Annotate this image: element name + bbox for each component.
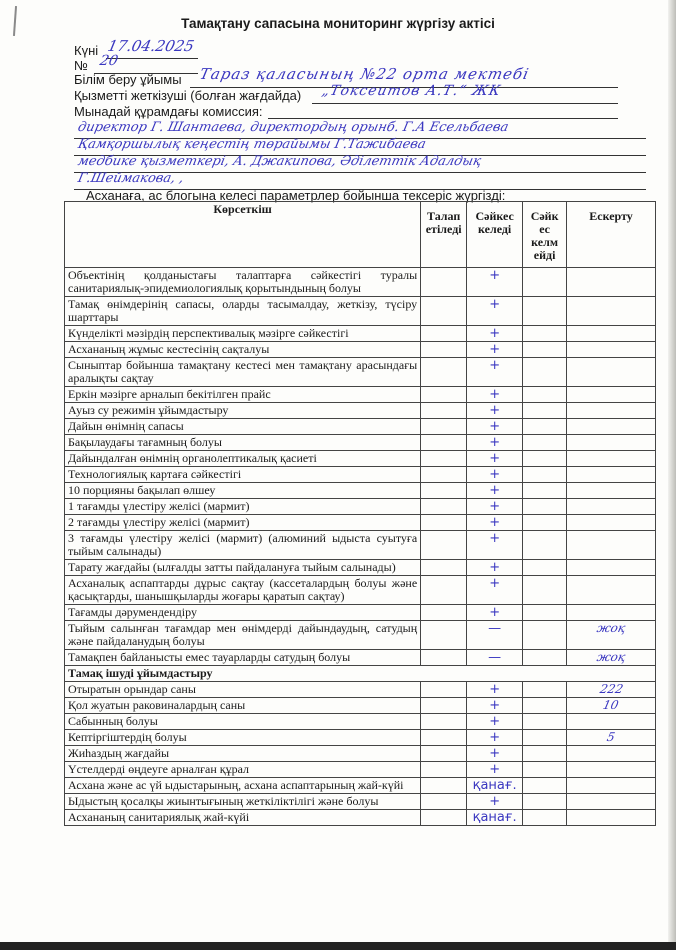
required-cell (421, 467, 467, 483)
handwritten-mark: қанағ. (473, 778, 517, 793)
required-cell (421, 682, 467, 698)
noncompliant-cell (523, 451, 567, 467)
org-value: Тараз қаласының №22 орта мектебі (198, 65, 531, 83)
compliant-cell: + (467, 297, 523, 326)
required-cell (421, 297, 467, 326)
handwritten-mark: + (489, 730, 500, 745)
number-value: 20 (98, 53, 119, 69)
note-cell (567, 794, 656, 810)
table-row: Отыратын орындар саны+222 (65, 682, 656, 698)
note-cell (567, 810, 656, 826)
noncompliant-cell (523, 730, 567, 746)
note-cell: 10 (567, 698, 656, 714)
required-cell (421, 714, 467, 730)
indicator-cell: Асханалық аспаптарды дұрыс сақтау (кассе… (65, 576, 421, 605)
required-cell (421, 483, 467, 499)
indicator-cell: Қол жуатын раковиналардың саны (65, 698, 421, 714)
number-label: № (74, 58, 88, 73)
required-cell (421, 762, 467, 778)
note-cell: жоқ (567, 621, 656, 650)
commission-underline-0 (268, 118, 618, 119)
compliant-cell: + (467, 435, 523, 451)
header-indicator: Көрсеткіш (65, 202, 421, 268)
table-row: Тамақпен байланысты емес тауарларды сату… (65, 650, 656, 666)
compliant-cell: + (467, 387, 523, 403)
indicator-cell: Ыдыстың қосалқы жиынтығының жеткіліктілі… (65, 794, 421, 810)
noncompliant-cell (523, 621, 567, 650)
table-row: Жиһаздың жағдайы+ (65, 746, 656, 762)
table-row: Қол жуатын раковиналардың саны+10 (65, 698, 656, 714)
note-cell (567, 560, 656, 576)
indicator-cell: Сабынның болуы (65, 714, 421, 730)
compliant-cell: + (467, 419, 523, 435)
required-cell (421, 576, 467, 605)
table-row: 2 тағамды үлестіру желісі (мармит)+ (65, 515, 656, 531)
handwritten-mark: + (489, 419, 500, 434)
table-row: Еркін мәзірге арналып бекітілген прайс+ (65, 387, 656, 403)
noncompliant-cell (523, 778, 567, 794)
note-cell (567, 483, 656, 499)
handwritten-mark: + (489, 342, 500, 357)
handwritten-mark: + (489, 515, 500, 530)
required-cell (421, 435, 467, 451)
compliant-cell: — (467, 621, 523, 650)
table-row: Ыдыстың қосалқы жиынтығының жеткіліктілі… (65, 794, 656, 810)
note-cell (567, 326, 656, 342)
handwritten-mark: + (489, 714, 500, 729)
noncompliant-cell (523, 342, 567, 358)
note-cell: 5 (567, 730, 656, 746)
indicator-cell: 1 тағамды үлестіру желісі (мармит) (65, 499, 421, 515)
compliant-cell: + (467, 515, 523, 531)
noncompliant-cell (523, 467, 567, 483)
header-noncompliant: Сәйк ес келм ейді (523, 202, 567, 268)
compliant-cell: қанағ. (467, 810, 523, 826)
table-row: Асхана және ас үй ыдыстарының, асхана ас… (65, 778, 656, 794)
noncompliant-cell (523, 297, 567, 326)
indicator-cell: Асхананың санитариялық жай-күйі (65, 810, 421, 826)
noncompliant-cell (523, 531, 567, 560)
handwritten-mark: + (489, 483, 500, 498)
noncompliant-cell (523, 326, 567, 342)
compliant-cell: + (467, 762, 523, 778)
noncompliant-cell (523, 714, 567, 730)
noncompliant-cell (523, 576, 567, 605)
noncompliant-cell (523, 499, 567, 515)
handwritten-mark: + (489, 467, 500, 482)
note-cell (567, 515, 656, 531)
table-row: Дайын өнімнің сапасы+ (65, 419, 656, 435)
header-required: Талап етіледі (421, 202, 467, 268)
compliant-cell: + (467, 403, 523, 419)
required-cell (421, 387, 467, 403)
handwritten-mark: + (489, 531, 500, 546)
commission-line-2: Қамқоршылық кеңестің төрайымы Г.Тажибаев… (76, 137, 427, 152)
required-cell (421, 326, 467, 342)
document-title: Тамақтану сапасына мониторинг жүргізу ак… (0, 16, 676, 31)
compliant-cell: — (467, 650, 523, 666)
noncompliant-cell (523, 650, 567, 666)
table-row: Дайындалған өнімнің органолептикалық қас… (65, 451, 656, 467)
noncompliant-cell (523, 268, 567, 297)
table-row: Технологиялық картаға сәйкестігі+ (65, 467, 656, 483)
table-row: Тамақ өнімдерінің сапасы, оларды тасымал… (65, 297, 656, 326)
noncompliant-cell (523, 435, 567, 451)
handwritten-mark: + (489, 698, 500, 713)
handwritten-mark: + (489, 682, 500, 697)
note-cell (567, 778, 656, 794)
required-cell (421, 605, 467, 621)
indicator-cell: Кептіргіштердің болуы (65, 730, 421, 746)
noncompliant-cell (523, 515, 567, 531)
handwritten-note: жоқ (596, 622, 627, 635)
required-cell (421, 778, 467, 794)
note-cell (567, 714, 656, 730)
note-cell (567, 531, 656, 560)
note-cell (567, 419, 656, 435)
date-underline (106, 58, 198, 59)
section-title: Тамақ ішуді ұйымдастыру (65, 666, 656, 682)
noncompliant-cell (523, 698, 567, 714)
note-cell (567, 342, 656, 358)
note-cell: 222 (567, 682, 656, 698)
compliant-cell: + (467, 714, 523, 730)
handwritten-mark: + (489, 762, 500, 777)
noncompliant-cell (523, 810, 567, 826)
indicator-cell: Объектінің қолданыстағы талаптарға сәйке… (65, 268, 421, 297)
indicator-cell: Тағамды дәрумендендіру (65, 605, 421, 621)
required-cell (421, 698, 467, 714)
required-cell (421, 730, 467, 746)
commission-label: Мынадай құрамдағы комиссия: (74, 104, 263, 119)
noncompliant-cell (523, 419, 567, 435)
note-cell (567, 576, 656, 605)
compliant-cell: + (467, 605, 523, 621)
required-cell (421, 621, 467, 650)
table-row: Күнделікті мәзірдің перспективалық мәзір… (65, 326, 656, 342)
compliant-cell: + (467, 451, 523, 467)
note-cell (567, 435, 656, 451)
required-cell (421, 746, 467, 762)
note-cell (567, 387, 656, 403)
commission-line-4: Г.Шеймакова, , (76, 171, 185, 186)
noncompliant-cell (523, 387, 567, 403)
handwritten-mark: + (489, 268, 500, 283)
table-section-row: Тамақ ішуді ұйымдастыру (65, 666, 656, 682)
table-row: Тағамды дәрумендендіру+ (65, 605, 656, 621)
compliant-cell: + (467, 560, 523, 576)
compliant-cell: + (467, 268, 523, 297)
table-row: Ауыз су режимін ұйымдастыру+ (65, 403, 656, 419)
handwritten-note: 10 (602, 699, 620, 712)
noncompliant-cell (523, 605, 567, 621)
indicator-cell: Отыратын орындар саны (65, 682, 421, 698)
compliant-cell: + (467, 682, 523, 698)
compliant-cell: + (467, 746, 523, 762)
note-cell (567, 605, 656, 621)
indicator-cell: Бақылаудағы тағамның болуы (65, 435, 421, 451)
indicator-cell: Тамақ өнімдерінің сапасы, оларды тасымал… (65, 297, 421, 326)
noncompliant-cell (523, 762, 567, 778)
note-cell (567, 358, 656, 387)
compliant-cell: + (467, 326, 523, 342)
compliant-cell: қанағ. (467, 778, 523, 794)
table-row: Үстелдерді өңдеуге арналған құрал+ (65, 762, 656, 778)
noncompliant-cell (523, 794, 567, 810)
handwritten-mark: + (489, 605, 500, 620)
header-note: Ескерту (567, 202, 656, 268)
handwritten-mark: — (488, 650, 501, 665)
table-header-row: Көрсеткіш Талап етіледі Сәйкес келеді Сә… (65, 202, 656, 268)
required-cell (421, 810, 467, 826)
indicator-cell: Технологиялық картаға сәйкестігі (65, 467, 421, 483)
handwritten-note: 5 (606, 731, 616, 744)
compliant-cell: + (467, 794, 523, 810)
handwritten-mark: қанағ. (473, 810, 517, 825)
inspection-table: Көрсеткіш Талап етіледі Сәйкес келеді Сә… (64, 201, 656, 826)
compliant-cell: + (467, 698, 523, 714)
table-row: Сабынның болуы+ (65, 714, 656, 730)
commission-line-1: директор Г. Шантаева, директордың орынб.… (76, 120, 509, 135)
table-row: Кептіргіштердің болуы+5 (65, 730, 656, 746)
handwritten-mark: + (489, 499, 500, 514)
handwritten-mark: + (489, 746, 500, 761)
compliant-cell: + (467, 483, 523, 499)
indicator-cell: Тамақпен байланысты емес тауарларды сату… (65, 650, 421, 666)
table-row: 10 порцияны бақылап өлшеу+ (65, 483, 656, 499)
handwritten-mark: — (488, 621, 501, 636)
table-row: Бақылаудағы тағамның болуы+ (65, 435, 656, 451)
handwritten-mark: + (489, 560, 500, 575)
indicator-cell: Еркін мәзірге арналып бекітілген прайс (65, 387, 421, 403)
handwritten-mark: + (489, 435, 500, 450)
table-row: 1 тағамды үлестіру желісі (мармит)+ (65, 499, 656, 515)
indicator-cell: Күнделікті мәзірдің перспективалық мәзір… (65, 326, 421, 342)
table-row: Асхананың санитариялық жай-күйіқанағ. (65, 810, 656, 826)
header-compliant: Сәйкес келеді (467, 202, 523, 268)
indicator-cell: Асхана және ас үй ыдыстарының, асхана ас… (65, 778, 421, 794)
noncompliant-cell (523, 483, 567, 499)
note-cell (567, 297, 656, 326)
table-row: Тыйым салынған тағамдар мен өнімдерді да… (65, 621, 656, 650)
noncompliant-cell (523, 403, 567, 419)
scan-bottom-edge (0, 942, 676, 950)
handwritten-note: жоқ (596, 651, 627, 664)
required-cell (421, 358, 467, 387)
handwritten-mark: + (489, 794, 500, 809)
indicator-cell: Сыныптар бойынша тамақтану кестесі мен т… (65, 358, 421, 387)
compliant-cell: + (467, 730, 523, 746)
page-edge-shadow (668, 0, 676, 950)
noncompliant-cell (523, 358, 567, 387)
handwritten-mark: + (489, 387, 500, 402)
required-cell (421, 560, 467, 576)
indicator-cell: 3 тағамды үлестіру желісі (мармит) (алюм… (65, 531, 421, 560)
table-row: Асханалық аспаптарды дұрыс сақтау (кассе… (65, 576, 656, 605)
note-cell (567, 499, 656, 515)
date-label: Күні (74, 43, 98, 58)
compliant-cell: + (467, 499, 523, 515)
required-cell (421, 419, 467, 435)
required-cell (421, 499, 467, 515)
note-cell (567, 451, 656, 467)
required-cell (421, 342, 467, 358)
note-cell (567, 762, 656, 778)
handwritten-note: 222 (598, 683, 624, 696)
indicator-cell: Жиһаздың жағдайы (65, 746, 421, 762)
table-row: Тарату жағдайы (ылғалды затты пайдалануғ… (65, 560, 656, 576)
indicator-cell: Дайын өнімнің сапасы (65, 419, 421, 435)
handwritten-mark: + (489, 576, 500, 591)
indicator-cell: Асхананың жұмыс кестесінің сақталуы (65, 342, 421, 358)
supplier-value: „Токсеитов А.Т.“ ЖК (320, 83, 502, 99)
indicator-cell: 10 порцияны бақылап өлшеу (65, 483, 421, 499)
handwritten-mark: + (489, 403, 500, 418)
note-cell (567, 467, 656, 483)
noncompliant-cell (523, 560, 567, 576)
required-cell (421, 403, 467, 419)
table-body: Объектінің қолданыстағы талаптарға сәйке… (65, 268, 656, 826)
required-cell (421, 650, 467, 666)
required-cell (421, 531, 467, 560)
supplier-underline (312, 103, 618, 104)
handwritten-mark: + (489, 326, 500, 341)
handwritten-mark: + (489, 451, 500, 466)
indicator-cell: Тыйым салынған тағамдар мен өнімдерді да… (65, 621, 421, 650)
compliant-cell: + (467, 342, 523, 358)
table-row: Асхананың жұмыс кестесінің сақталуы+ (65, 342, 656, 358)
indicator-cell: Ауыз су режимін ұйымдастыру (65, 403, 421, 419)
compliant-cell: + (467, 531, 523, 560)
note-cell: жоқ (567, 650, 656, 666)
table-row: Сыныптар бойынша тамақтану кестесі мен т… (65, 358, 656, 387)
noncompliant-cell (523, 746, 567, 762)
indicator-cell: Дайындалған өнімнің органолептикалық қас… (65, 451, 421, 467)
required-cell (421, 268, 467, 297)
compliant-cell: + (467, 576, 523, 605)
indicator-cell: 2 тағамды үлестіру желісі (мармит) (65, 515, 421, 531)
required-cell (421, 515, 467, 531)
indicator-cell: Үстелдерді өңдеуге арналған құрал (65, 762, 421, 778)
note-cell (567, 403, 656, 419)
handwritten-mark: + (489, 358, 500, 373)
indicator-cell: Тарату жағдайы (ылғалды затты пайдалануғ… (65, 560, 421, 576)
noncompliant-cell (523, 682, 567, 698)
compliant-cell: + (467, 358, 523, 387)
compliant-cell: + (467, 467, 523, 483)
note-cell (567, 268, 656, 297)
supplier-label: Қызметті жеткізуші (болған жағдайда) (74, 88, 301, 103)
required-cell (421, 451, 467, 467)
required-cell (421, 794, 467, 810)
handwritten-mark: + (489, 297, 500, 312)
table-row: 3 тағамды үлестіру желісі (мармит) (алюм… (65, 531, 656, 560)
note-cell (567, 746, 656, 762)
commission-line-3: медбике қызметкері, А. Джакипова, Әділет… (76, 154, 482, 169)
org-label: Білім беру ұйымы (74, 72, 182, 87)
table-row: Объектінің қолданыстағы талаптарға сәйке… (65, 268, 656, 297)
